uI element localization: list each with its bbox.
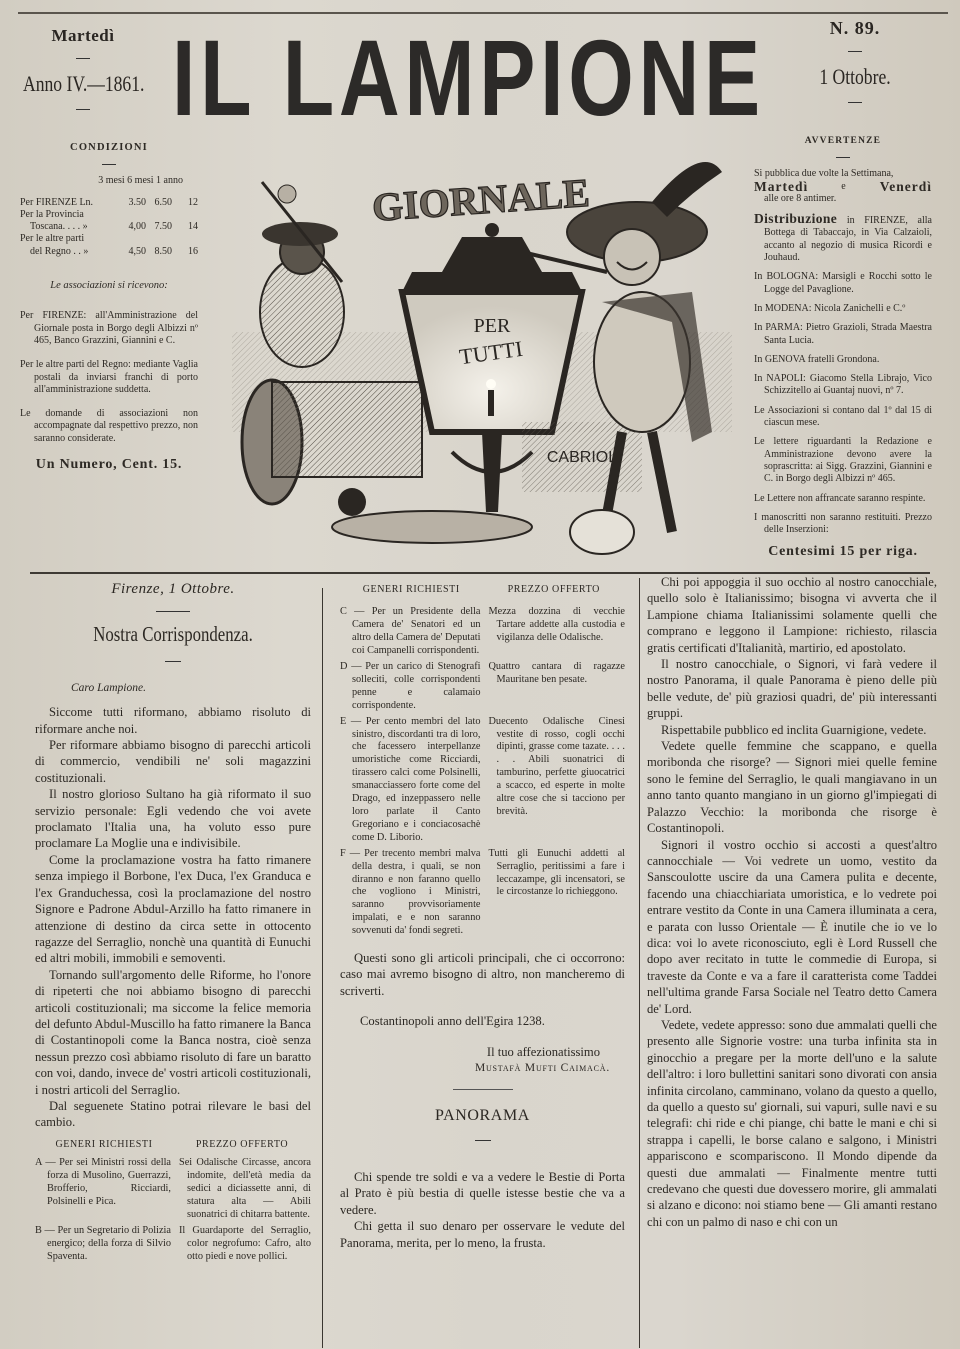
- article-paragraph: Come la proclamazione vostra ha fatto ri…: [35, 852, 311, 967]
- city-modena: In MODENA: Nicola Zanichelli e C.º: [754, 303, 932, 315]
- column-rule: [322, 588, 323, 1348]
- price-row: Per le altre parti: [20, 233, 198, 245]
- exchange-table: A — Per sei Ministri rossi della forza d…: [35, 1157, 311, 1263]
- subscriptions-title: Le associazioni si ricevono:: [20, 280, 198, 292]
- price-row: Per FIRENZE Ln.3.506.5012: [20, 197, 198, 209]
- table-row: E — Per cento membri del lato sinistro, …: [340, 716, 625, 845]
- distribution-info: Distribuzione in FIRENZE, alla Bottega d…: [754, 213, 932, 264]
- publish-time: alle ore 8 antimer.: [754, 193, 932, 205]
- city-genova: In GENOVA fratelli Grondona.: [754, 354, 932, 366]
- article-paragraph: Dal seguenete Statino potrai rilevare le…: [35, 1098, 311, 1131]
- note-manuscripts: I manoscritti non saranno restituiti. Pr…: [754, 512, 932, 537]
- city-napoli: In NAPOLI: Giacomo Stella Librajo, Vico …: [754, 373, 932, 398]
- masthead-right: N. 89. 1 Ottobre.: [800, 18, 910, 115]
- conditions-panel: CONDIZIONI 3 mesi 6 mesi 1 anno Per FIRE…: [20, 142, 198, 471]
- price-row: del Regno . . »4,508.5016: [20, 246, 198, 258]
- article-paragraph: Tornando sull'argomento delle Riforme, h…: [35, 967, 311, 1098]
- divider: [102, 164, 116, 165]
- subscriptions-note: Le domande di associazioni non accompagn…: [20, 408, 198, 445]
- article-dateline: Firenze, 1 Ottobre.: [35, 581, 311, 597]
- svg-text:GIORNALE: GIORNALE: [371, 170, 591, 230]
- article-paragraph: Siccome tutti riformano, abbiamo risolut…: [35, 704, 311, 737]
- panorama-paragraph: Signori il vostro occhio si accosti a qu…: [647, 837, 937, 1017]
- price-table: Per FIRENZE Ln.3.506.5012 Per la Provinc…: [20, 197, 198, 258]
- panorama-paragraph: Chi poi appoggia il suo occhio al nostro…: [647, 574, 937, 656]
- price-row: Toscana. . . . »4,007.5014: [20, 221, 198, 233]
- divider: [76, 109, 90, 110]
- divider: [76, 58, 90, 59]
- publish-days: Martedì e Venerdì: [754, 181, 932, 193]
- article-title: Nostra Corrispondenza.: [63, 626, 284, 642]
- single-copy-price: Un Numero, Cent. 15.: [20, 459, 198, 471]
- article-salutation: Caro Lampione.: [35, 680, 311, 696]
- divider: [156, 611, 190, 612]
- panorama-paragraph: Il nostro canocchiale, o Signori, vi far…: [647, 656, 937, 722]
- article-column-1: Firenze, 1 Ottobre. Nostra Corrispondenz…: [35, 578, 311, 1266]
- publication-day: Martedì: [8, 26, 158, 46]
- divider: [848, 102, 862, 103]
- table-row: C — Per un Presidente della Camera de' S…: [340, 606, 625, 658]
- article-paragraph: Per riformare abbiamo bisogno di parecch…: [35, 737, 311, 786]
- divider: [165, 661, 181, 662]
- divider: [836, 157, 850, 158]
- exchange-table: C — Per un Presidente della Camera de' S…: [340, 606, 625, 938]
- lamp-jester-engraving-icon: GIORNALE PER TUTTI CABRIOL: [222, 132, 740, 560]
- article-column-3: Chi poi appoggia il suo occhio al nostro…: [647, 574, 937, 1230]
- signature-line: Il tuo affezionatissimo: [340, 1044, 625, 1060]
- article-column-2: GENERI RICHIESTI PREZZO OFFERTO C — Per …: [340, 578, 625, 1251]
- issue-number: N. 89.: [800, 18, 910, 39]
- svg-text:CABRIOL: CABRIOL: [547, 449, 617, 466]
- panorama-paragraph: Chi getta il suo denaro per osservare le…: [340, 1218, 625, 1251]
- column-rule: [639, 578, 640, 1348]
- ad-price: Centesimi 15 per riga.: [754, 546, 932, 558]
- price-header: 3 mesi 6 mesi 1 anno: [20, 175, 198, 187]
- masthead-illustration: GIORNALE PER TUTTI CABRIOL: [222, 132, 740, 560]
- panorama-paragraph: Rispettabile pubblico ed inclita Guarnig…: [647, 722, 937, 738]
- notices-panel: AVVERTENZE Si pubblica due volte la Sett…: [754, 135, 932, 559]
- table-row: B — Per un Segretario di Polizia energic…: [35, 1225, 311, 1264]
- issue-date: 1 Ottobre.: [811, 64, 899, 90]
- ornament-divider: [453, 1089, 513, 1090]
- article-closing: Questi sono gli articoli principali, che…: [340, 950, 625, 999]
- city-bologna: In BOLOGNA: Marsigli e Rocchi sotto le L…: [754, 271, 932, 296]
- exchange-table-header: GENERI RICHIESTI PREZZO OFFERTO: [340, 582, 625, 598]
- divider: [475, 1140, 491, 1141]
- price-row: Per la Provincia: [20, 209, 198, 221]
- svg-text:PER: PER: [474, 315, 511, 337]
- article-place: Costantinopoli anno dell'Egira 1238.: [340, 1013, 625, 1029]
- notices-title: AVVERTENZE: [754, 135, 932, 147]
- signature-name: Mustafà Mufti Caimacà.: [340, 1060, 625, 1076]
- table-row: D — Per un carico di Stenografi sollecit…: [340, 661, 625, 713]
- masthead-left: Martedì Anno IV.—1861.: [8, 26, 158, 122]
- exchange-table-header: GENERI RICHIESTI PREZZO OFFERTO: [35, 1137, 311, 1153]
- divider: [848, 51, 862, 52]
- subscriptions-regno: Per le altre parti del Regno: mediante V…: [20, 359, 198, 396]
- panorama-title: PANORAMA: [340, 1108, 625, 1124]
- top-rule: [18, 12, 948, 14]
- newspaper-title: IL LAMPIONE: [172, 30, 632, 125]
- note-subscriptions: Le Associazioni si contano dal 1º dal 15…: [754, 405, 932, 430]
- panorama-paragraph: Chi spende tre soldi e va a vedere le Be…: [340, 1169, 625, 1218]
- subscriptions-firenze: Per FIRENZE: all'Amministrazione del Gio…: [20, 310, 198, 347]
- conditions-title: CONDIZIONI: [20, 142, 198, 154]
- panorama-paragraph: Vedete quelle femmine che scappano, e qu…: [647, 738, 937, 836]
- note-unpaid-letters: Le Lettere non affrancate saranno respin…: [754, 493, 932, 505]
- table-row: A — Per sei Ministri rossi della forza d…: [35, 1157, 311, 1222]
- year-line: Anno IV.—1861.: [23, 71, 143, 97]
- note-letters: Le lettere riguardanti la Redazione e Am…: [754, 436, 932, 485]
- panorama-paragraph: Vedete, vedete appresso: sono due ammala…: [647, 1017, 937, 1230]
- city-parma: In PARMA: Pietro Grazioli, Strada Maestr…: [754, 322, 932, 347]
- table-row: F — Per trecento membri malva della dest…: [340, 848, 625, 938]
- article-paragraph: Il nostro glorioso Sultano ha già riform…: [35, 786, 311, 852]
